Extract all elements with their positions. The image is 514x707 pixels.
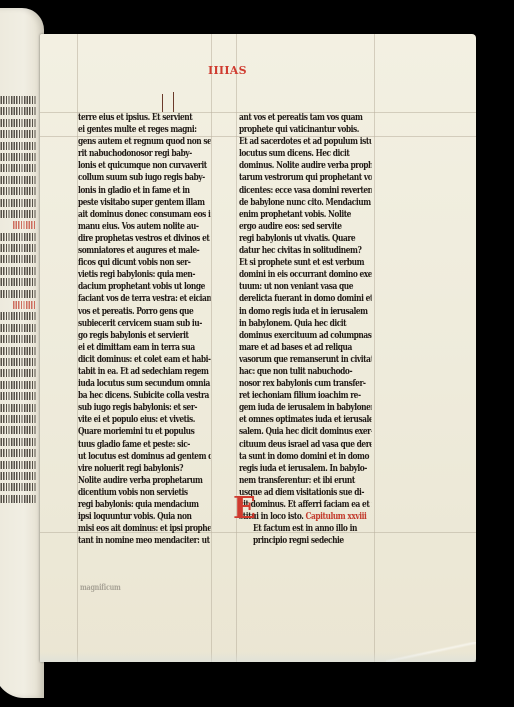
ruling-line-right-col-start bbox=[236, 34, 237, 662]
text-line: go regis babylonis et servierit bbox=[78, 330, 211, 342]
text-line: regi babylonis: quia mendacium bbox=[78, 499, 211, 511]
text-line: salem. Quia hec dicit dominus exer- bbox=[239, 426, 372, 438]
text-line: dacium prophetant vobis ut longe bbox=[78, 281, 211, 293]
text-line: ei et dimittam eam in terra sua bbox=[78, 342, 211, 354]
text-line: ait dominus donec consumam eos in bbox=[78, 209, 211, 221]
text-line: dicentes: ecce vasa domini revertentur bbox=[239, 185, 372, 197]
facing-page-line bbox=[0, 392, 36, 400]
facing-page-line bbox=[13, 301, 36, 309]
text-line: cit dominus. Et afferri faciam ea et re- bbox=[239, 499, 372, 511]
text-line: vire noluerit regi babylonis? bbox=[78, 463, 211, 475]
facing-page-line bbox=[0, 153, 36, 161]
text-line: ei gentes multe et reges magni: bbox=[78, 124, 211, 136]
text-line: et omnes optimates iuda et ierusalem. bbox=[239, 414, 372, 426]
facing-page-line bbox=[0, 483, 36, 491]
text-line: principio regni sedechie bbox=[239, 535, 386, 547]
text-line: tuum: ut non veniant vasa que bbox=[239, 281, 372, 293]
facing-page-line bbox=[0, 233, 36, 241]
text-line: nem transferentur: et ibi erunt bbox=[239, 475, 372, 487]
text-line: Et factum est in anno illo in bbox=[239, 523, 386, 535]
text-line: terre eius et ipsius. Et servient bbox=[78, 112, 211, 124]
text-line: ant vos et pereatis tam vos quam bbox=[239, 112, 372, 124]
facing-page-line bbox=[0, 312, 36, 320]
text-line: Et ad sacerdotes et ad populum istum bbox=[239, 136, 372, 148]
text-line: hac: que non tulit nabuchodo- bbox=[239, 366, 372, 378]
text-line: sub iugo regis babylonis: et ser- bbox=[78, 402, 211, 414]
text-line: cituum deus israel ad vasa que derelic- bbox=[239, 439, 372, 451]
text-line: gem iuda de ierusalem in babylonem bbox=[239, 402, 372, 414]
text-line: vos et pereatis. Porro gens que bbox=[78, 306, 211, 318]
facing-page-line bbox=[0, 199, 36, 207]
text-line: subiecerit cervicem suam sub iu- bbox=[78, 318, 211, 330]
page-corner bbox=[386, 642, 476, 662]
text-line: nosor rex babylonis cum transfer- bbox=[239, 378, 372, 390]
facing-page-line bbox=[0, 267, 36, 275]
facing-page-line bbox=[13, 221, 36, 229]
facing-page-line bbox=[0, 335, 36, 343]
text-line: prophete qui vaticinantur vobis. bbox=[239, 124, 372, 136]
text-line: dire prophetas vestros et divinos et bbox=[78, 233, 211, 245]
facing-page-text bbox=[0, 96, 36, 506]
facing-page-line bbox=[0, 381, 36, 389]
text-column-right: ant vos et pereatis tam vos quamprophete… bbox=[239, 112, 372, 547]
text-line: misi eos ait dominus: et ipsi prophe- bbox=[78, 523, 211, 535]
text-line: lonis in gladio et in fame et in bbox=[78, 185, 211, 197]
facing-page-line bbox=[0, 130, 36, 138]
text-line: de babylone nunc cito. Mendacium bbox=[239, 197, 372, 209]
ruling-line-left-col-end bbox=[211, 34, 212, 662]
facing-page-line bbox=[0, 358, 36, 366]
facing-page-line bbox=[0, 324, 36, 332]
text-line: rit nabuchodonosor regi baby- bbox=[78, 148, 211, 160]
facing-page-line bbox=[0, 96, 36, 104]
text-line: dicit dominus: et colet eam et habi- bbox=[78, 354, 211, 366]
facing-page-line bbox=[0, 142, 36, 150]
text-line: datur hec civitas in solitudinem? bbox=[239, 245, 372, 257]
text-line: ipsi loquuntur vobis. Quia non bbox=[78, 511, 211, 523]
running-head: IIIIAS bbox=[208, 64, 247, 77]
text-line: regi babylonis ut vivatis. Quare bbox=[239, 233, 372, 245]
text-line: dominus. Nolite audire verba prophe- bbox=[239, 160, 372, 172]
facing-page-line bbox=[0, 449, 36, 457]
facing-page-line bbox=[0, 255, 36, 263]
catchword: magnificum bbox=[80, 582, 121, 592]
text-line: stitui in loco isto. Capitulum xxviii bbox=[239, 511, 372, 523]
text-line: somniatores et augures et male- bbox=[78, 245, 211, 257]
text-line: dicentium vobis non servietis bbox=[78, 487, 211, 499]
text-line: ut locutus est dominus ad gentem que ser… bbox=[78, 451, 211, 463]
facing-page-line bbox=[0, 107, 36, 115]
text-line: ficos qui dicunt vobis non ser- bbox=[78, 257, 211, 269]
text-line: Et si prophete sunt et est verbum bbox=[239, 257, 372, 269]
text-line: gens autem et regnum quod non servie- bbox=[78, 136, 211, 148]
facing-page-line bbox=[0, 438, 36, 446]
text-line: regis iuda et ierusalem. In babylo- bbox=[239, 463, 372, 475]
text-line: locutus sum dicens. Hec dicit bbox=[239, 148, 372, 160]
facing-page-line bbox=[0, 278, 36, 286]
facing-page-line bbox=[0, 415, 36, 423]
facing-page-line bbox=[0, 210, 36, 218]
text-line: manu eius. Vos autem nolite au- bbox=[78, 221, 211, 233]
text-line: ta sunt in domo domini et in domo bbox=[239, 451, 372, 463]
text-line: vietis regi babylonis: quia men- bbox=[78, 269, 211, 281]
text-line: tarum vestrorum qui prophetant vobis bbox=[239, 172, 372, 184]
facing-page-line bbox=[0, 426, 36, 434]
text-line: faciant vos de terra vestra: et eiciam bbox=[78, 293, 211, 305]
facing-page-line bbox=[0, 164, 36, 172]
text-line: mare et ad bases et ad reliqua bbox=[239, 342, 372, 354]
text-line: enim prophetant vobis. Nolite bbox=[239, 209, 372, 221]
chapter-rubric: Capitulum xxviii bbox=[305, 511, 366, 522]
ascender-stroke bbox=[162, 94, 163, 112]
text-line: dominus exercituum ad columpnas et ad bbox=[239, 330, 372, 342]
facing-page-line bbox=[0, 369, 36, 377]
text-line: tabit in ea. Et ad sedechiam regem bbox=[78, 366, 211, 378]
facing-page-line bbox=[0, 404, 36, 412]
text-line: Nolite audire verba prophetarum bbox=[78, 475, 211, 487]
facing-page-line bbox=[0, 244, 36, 252]
manuscript-leaf: IIIIAS terre eius et ipsius. Et servient… bbox=[40, 34, 476, 662]
facing-page-line bbox=[0, 461, 36, 469]
text-line: tuus gladio fame et peste: sic- bbox=[78, 439, 211, 451]
rubricated-initial: E bbox=[233, 494, 256, 524]
text-line: Quare moriemini tu et populus bbox=[78, 426, 211, 438]
text-line: lonis et quicumque non curvaverit bbox=[78, 160, 211, 172]
text-line: vite ei et populo eius: et vivetis. bbox=[78, 414, 211, 426]
facing-page-line bbox=[0, 187, 36, 195]
text-line: in domo regis iuda et in ierusalem bbox=[239, 306, 372, 318]
facing-page-line bbox=[0, 472, 36, 480]
facing-page-left bbox=[0, 8, 44, 698]
facing-page-line bbox=[0, 119, 36, 127]
facing-page-line bbox=[0, 290, 36, 298]
ruling-line-right-margin bbox=[374, 34, 375, 662]
facing-page-line bbox=[0, 495, 36, 503]
text-line: ergo audire eos: sed servite bbox=[239, 221, 372, 233]
text-line: derelicta fuerant in domo domini et bbox=[239, 293, 372, 305]
text-line: domini in eis occurrant domino exerci- bbox=[239, 269, 372, 281]
text-line: collum suum sub iugo regis baby- bbox=[78, 172, 211, 184]
text-line: in babylonem. Quia hec dicit bbox=[239, 318, 372, 330]
text-line: usque ad diem visitationis sue di- bbox=[239, 487, 372, 499]
text-line: tant in nomine meo mendaciter: ut eician… bbox=[78, 535, 211, 547]
ascender-stroke bbox=[173, 92, 174, 112]
facing-page-line bbox=[0, 347, 36, 355]
text-line: iuda locutus sum secundum omnia ver- bbox=[78, 378, 211, 390]
text-column-left: terre eius et ipsius. Et servientei gent… bbox=[78, 112, 211, 547]
facing-page-line bbox=[0, 176, 36, 184]
text-line: ret iechoniam filium ioachim re- bbox=[239, 390, 372, 402]
text-line: ba hec dicens. Subicite colla vestra bbox=[78, 390, 211, 402]
text-line: vasorum que remanserunt in civitate bbox=[239, 354, 372, 366]
text-line: peste visitabo super gentem illam bbox=[78, 197, 211, 209]
